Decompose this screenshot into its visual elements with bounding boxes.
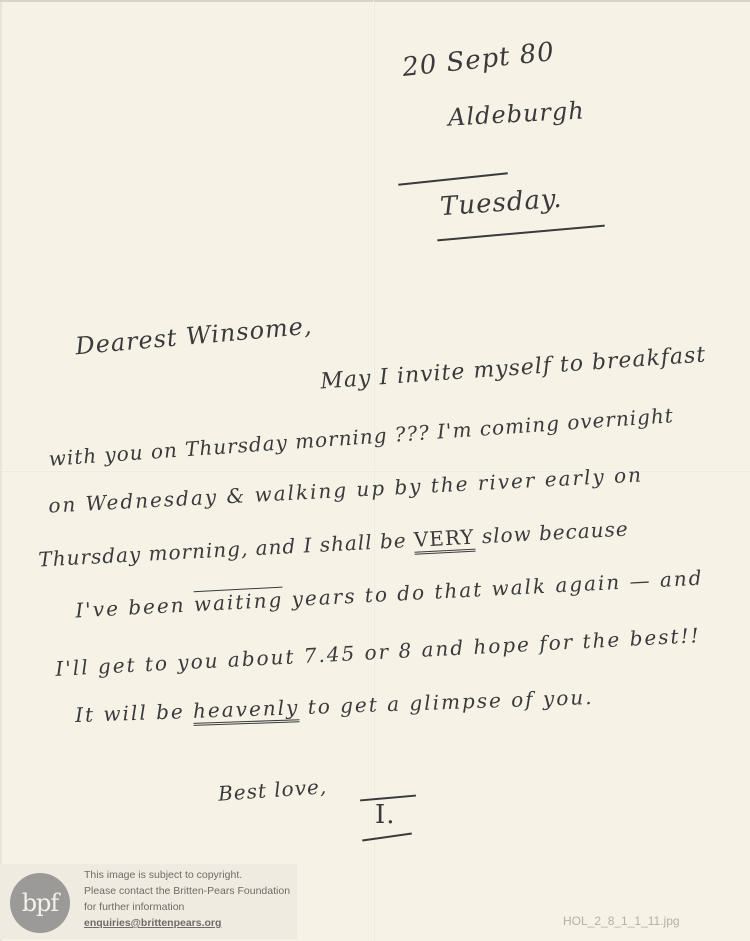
contact-email-link[interactable]: enquiries@brittenpears.org	[84, 917, 221, 929]
heavenly-emphasis: heavenly	[193, 695, 300, 726]
waiting-word: waiting	[193, 587, 284, 617]
notice-line-2: Please contact the Britten-Pears Foundat…	[84, 883, 290, 899]
very-emphasis: VERY	[413, 525, 475, 555]
notice-line-3: for further information	[84, 899, 290, 915]
line-7-text-a: It will be	[75, 699, 194, 727]
notice-line-1: This image is subject to copyright.	[84, 867, 290, 883]
file-id: HOL_2_8_1_1_11.jpg	[563, 914, 680, 928]
copyright-notice: This image is subject to copyright. Plea…	[84, 867, 290, 931]
signature: I.	[375, 800, 396, 830]
bpf-logo: bpf	[10, 873, 70, 933]
